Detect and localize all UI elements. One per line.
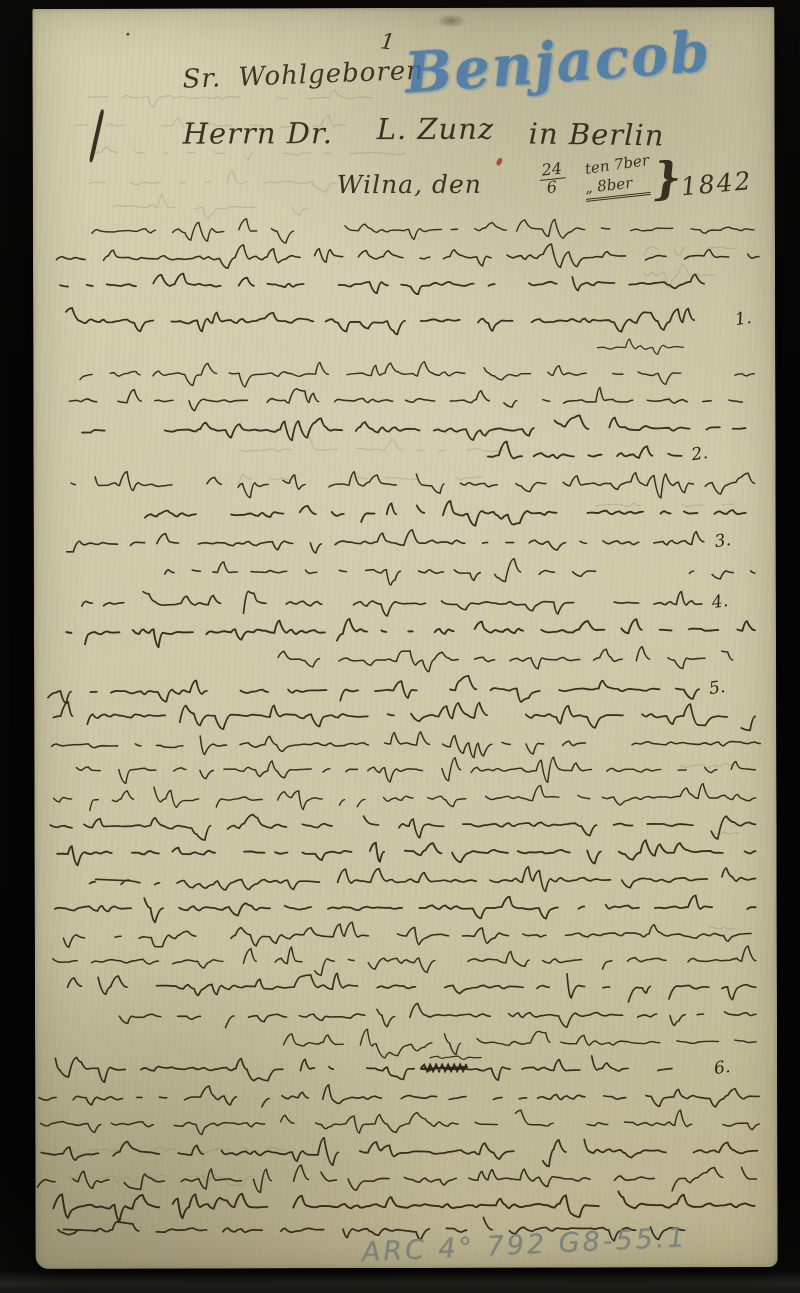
hebrew-handwriting-layer: 1.2.3.4.5.6. (32, 7, 777, 1269)
manuscript-paper: 1 Sr. Wohlgeboren Benjacob Herrn Dr. L. … (32, 7, 777, 1269)
photo-floor-band (0, 1271, 800, 1293)
question-number-mark: 6. (713, 1057, 732, 1079)
question-number-mark: 4. (710, 591, 730, 613)
question-number-mark: 1. (734, 308, 753, 330)
question-number-mark: 5. (708, 677, 727, 699)
question-number-mark: 2. (689, 443, 709, 465)
question-number-mark: 3. (713, 530, 732, 552)
